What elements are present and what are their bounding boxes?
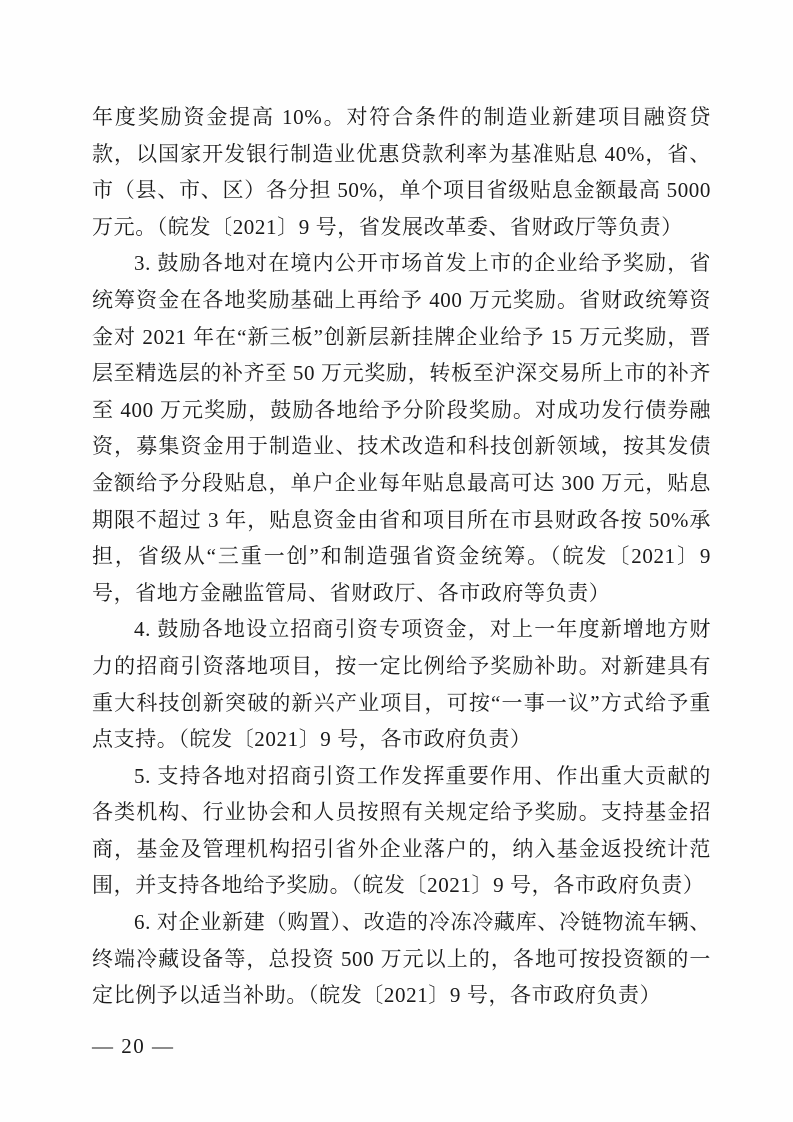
paragraph-item-3: 3. 鼓励各地对在境内公开市场首发上市的企业给予奖励，省统筹资金在各地奖励基础上…	[92, 245, 711, 611]
page-footer: — 20 —	[92, 1030, 175, 1062]
document-body: 年度奖励资金提高 10%。对符合条件的制造业新建项目融资贷款，以国家开发银行制造…	[92, 99, 711, 1014]
paragraph-continuation: 年度奖励资金提高 10%。对符合条件的制造业新建项目融资贷款，以国家开发银行制造…	[92, 99, 711, 245]
paragraph-item-4: 4. 鼓励各地设立招商引资专项资金，对上一年度新增地方财力的招商引资落地项目，按…	[92, 611, 711, 757]
page-number: — 20 —	[92, 1034, 175, 1058]
paragraph-item-6: 6. 对企业新建（购置）、改造的冷冻冷藏库、冷链物流车辆、终端冷藏设备等，总投资…	[92, 904, 711, 1014]
document-page: 年度奖励资金提高 10%。对符合条件的制造业新建项目融资贷款，以国家开发银行制造…	[0, 0, 793, 1122]
paragraph-item-5: 5. 支持各地对招商引资工作发挥重要作用、作出重大贡献的各类机构、行业协会和人员…	[92, 758, 711, 904]
